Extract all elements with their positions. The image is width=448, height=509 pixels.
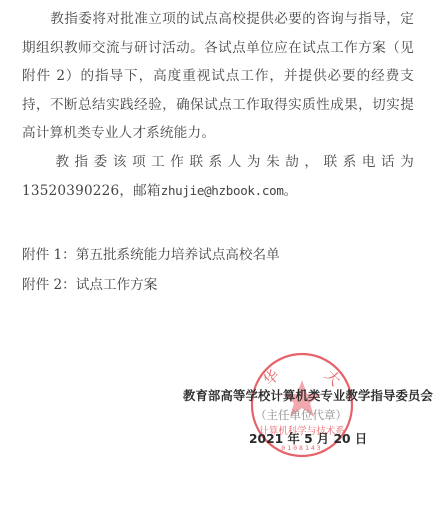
contact-text-end: 。 xyxy=(284,183,298,199)
document-page: 教指委将对批准立项的试点高校提供必要的咨询与指导，定期组织教师交流与研讨活动。各… xyxy=(0,0,448,509)
signature-date: 2021 年 5 月 20 日 xyxy=(249,429,367,447)
attachment-1-label: 附件 1： xyxy=(22,247,76,263)
attachment-2: 附件 2：试点工作方案 xyxy=(22,273,157,293)
signature-seal-note: （主任单位代章） xyxy=(255,407,347,423)
signature-organization: 教育部高等学校计算机类专业教学指导委员会 xyxy=(183,386,433,404)
contact-email-link[interactable]: zhujie@hzbook.com xyxy=(161,183,284,198)
attachment-1-title: 第五批系统能力培养试点高校名单 xyxy=(76,247,280,263)
paragraph-contact: 教指委该项工作联系人为朱劼，联系电话为 13520390226，邮箱zhujie… xyxy=(22,148,414,205)
attachment-2-title: 试点工作方案 xyxy=(76,277,158,293)
paragraph-guidance: 教指委将对批准立项的试点高校提供必要的咨询与指导，定期组织教师交流与研讨活动。各… xyxy=(22,5,414,148)
attachment-2-label: 附件 2： xyxy=(22,277,76,293)
paragraph-guidance-text: 教指委将对批准立项的试点高校提供必要的咨询与指导，定期组织教师交流与研讨活动。各… xyxy=(22,11,414,141)
attachment-1: 附件 1：第五批系统能力培养试点高校名单 xyxy=(22,243,280,263)
